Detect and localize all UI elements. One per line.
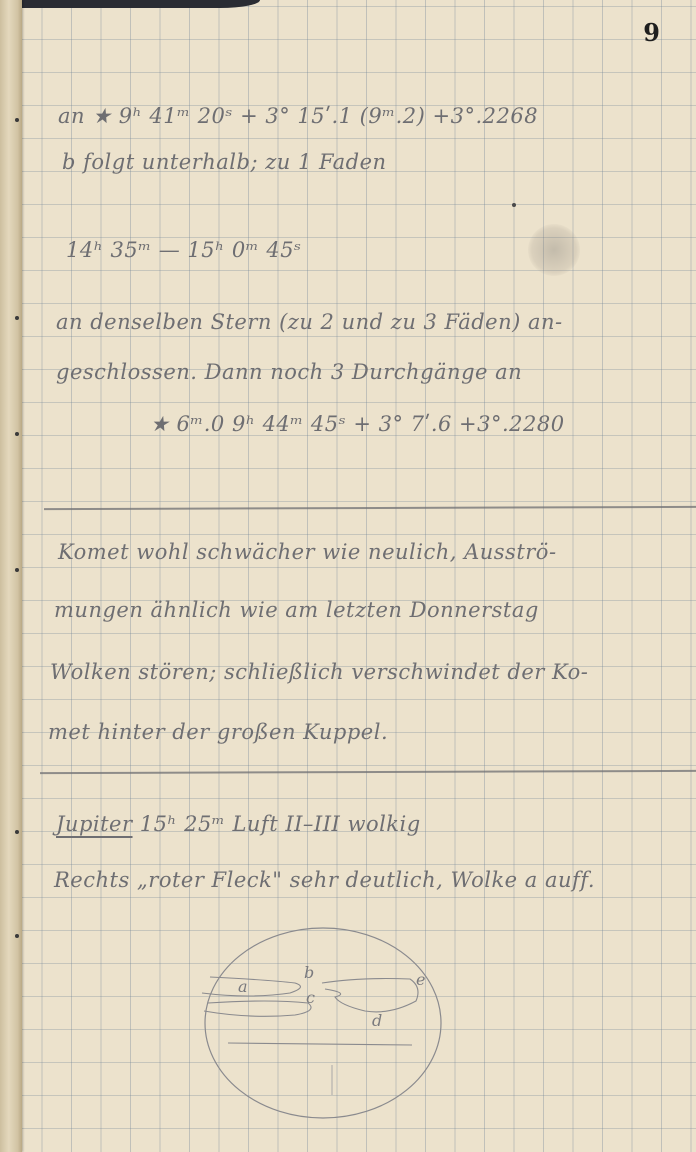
observation-line-1: an ★ 9ʰ 41ᵐ 20ˢ + 3° 15ʹ.1 (9ᵐ.2) +3°.22… xyxy=(58,104,538,128)
label-e: e xyxy=(416,970,425,989)
label-a: a xyxy=(238,977,248,996)
binding-stitch xyxy=(15,118,19,122)
star-position-line: ★ 6ᵐ.0 9ʰ 44ᵐ 45ˢ + 3° 7ʹ.6 +3°.2280 xyxy=(150,412,565,436)
pencil-dot xyxy=(512,203,516,207)
binding-stitch xyxy=(15,830,19,834)
binding-stitch xyxy=(15,316,19,320)
equatorial-band-line xyxy=(228,1043,412,1045)
binding-stitch xyxy=(15,432,19,436)
time-range: 14ʰ 35ᵐ — 15ʰ 0ᵐ 45ˢ xyxy=(66,238,302,262)
jupiter-sketch: a b c d e xyxy=(190,915,480,1135)
section-divider xyxy=(44,506,696,510)
comet-note-line-4: met hinter der großen Kuppel. xyxy=(48,720,388,744)
jupiter-title: Jupiter xyxy=(56,812,133,836)
label-c: c xyxy=(306,988,315,1007)
comet-note-line-1: Komet wohl schwächer wie neulich, Ausstr… xyxy=(58,540,557,564)
pencil-smudge xyxy=(528,224,580,276)
label-d: d xyxy=(372,1011,382,1030)
cloud-band-c xyxy=(204,1001,311,1016)
jupiter-note-line-2: Rechts „roter Fleck" sehr deutlich, Wolk… xyxy=(54,868,595,892)
cloud-band-a xyxy=(202,977,300,996)
section-divider xyxy=(40,770,696,774)
page-binding xyxy=(0,0,22,1152)
planet-disk-outline xyxy=(205,928,441,1118)
cloud-region-d-e xyxy=(322,979,418,1012)
comet-note-line-3: Wolken stören; schließlich verschwindet … xyxy=(50,660,588,684)
cover-edge-shadow xyxy=(0,0,260,8)
jupiter-heading-line: Jupiter 15ʰ 25ᵐ Luft II–III wolkig xyxy=(56,812,421,836)
binding-stitch xyxy=(15,934,19,938)
page-number: 9 xyxy=(643,18,660,47)
label-b: b xyxy=(304,963,314,982)
observation-line-4: an denselben Stern (zu 2 und zu 3 Fäden)… xyxy=(56,310,563,334)
observation-line-5: geschlossen. Dann noch 3 Durchgänge an xyxy=(56,360,522,384)
notebook-page: 9 an ★ 9ʰ 41ᵐ 20ˢ + 3° 15ʹ.1 (9ᵐ.2) +3°.… xyxy=(0,0,696,1152)
binding-stitch xyxy=(15,568,19,572)
jupiter-conditions: 15ʰ 25ᵐ Luft II–III wolkig xyxy=(140,812,421,836)
observation-line-2: b folgt unterhalb; zu 1 Faden xyxy=(62,150,387,174)
comet-note-line-2: mungen ähnlich wie am letzten Donnerstag xyxy=(54,598,539,622)
